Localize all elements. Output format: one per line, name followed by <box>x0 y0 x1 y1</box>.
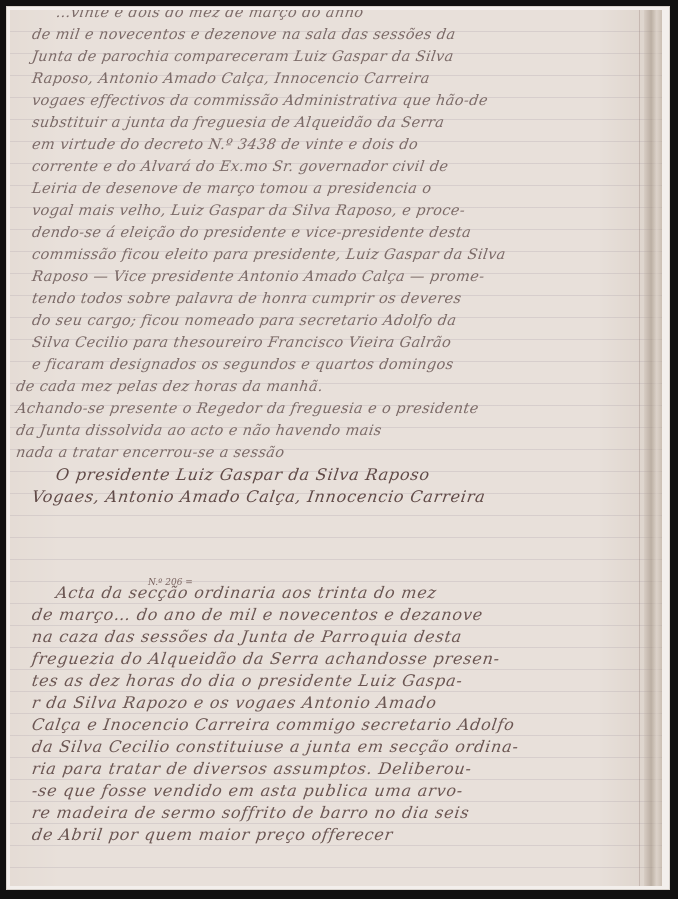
text-line: de mil e novecentos e dezenove na sala d… <box>14 24 637 46</box>
page-binding-edge <box>644 10 662 886</box>
text-line: vogaes effectivos da commissão Administr… <box>14 90 637 112</box>
manuscript-page: …vinte e dois do mez de março do anno de… <box>10 10 662 886</box>
text-line: tendo todos sobre palavra de honra cumpr… <box>14 288 637 310</box>
text-line: do seu cargo; ficou nomeado para secreta… <box>14 310 637 332</box>
text-line: tes as dez horas do dia o presidente Lui… <box>14 670 637 692</box>
text-line: dendo-se á eleição do presidente e vice-… <box>14 222 637 244</box>
text-line: Junta de parochia compareceram Luiz Gasp… <box>14 46 637 68</box>
text-line: de cada mez pelas dez horas da manhã. <box>14 376 637 398</box>
text-line: Calça e Inocencio Carreira commigo secre… <box>14 714 637 736</box>
text-line: em virtude do decreto N.º 3438 de vinte … <box>14 134 637 156</box>
scan-frame: …vinte e dois do mez de março do anno de… <box>6 6 670 890</box>
text-line: da Junta dissolvida ao acto e não havend… <box>14 420 637 442</box>
text-line: substituir a junta da freguesia de Alque… <box>14 112 637 134</box>
text-line: de Abril por quem maior preço offerecer <box>14 824 637 846</box>
text-line: -se que fosse vendido em asta publica um… <box>14 780 637 802</box>
text-line: Leiria de desenove de março tomou a pres… <box>14 178 637 200</box>
text-line: freguezia do Alqueidão da Serra achandos… <box>14 648 637 670</box>
text-line: nada a tratar encerrou-se a sessão <box>14 442 637 464</box>
text-line: vogal mais velho, Luiz Gaspar da Silva R… <box>14 200 637 222</box>
text-line: Raposo — Vice presidente Antonio Amado C… <box>14 266 637 288</box>
text-line: na caza das sessões da Junta de Parroqui… <box>14 626 637 648</box>
text-line: Achando-se presente o Regedor da fregues… <box>14 398 637 420</box>
text-line: …vinte e dois do mez de março do anno <box>14 10 637 24</box>
text-line: e ficaram designados os segundos e quart… <box>14 354 637 376</box>
signature-president: O presidente Luiz Gaspar da Silva Raposo <box>14 464 637 486</box>
text-line: da Silva Cecilio constituiuse a junta em… <box>14 736 637 758</box>
text-line: ria para tratar de diversos assumptos. D… <box>14 758 637 780</box>
text-line: de março… do ano de mil e novecentos e d… <box>14 604 637 626</box>
text-line: r da Silva Rapozo e os vogaes Antonio Am… <box>14 692 637 714</box>
text-line: re madeira de sermo soffrito de barro no… <box>14 802 637 824</box>
text-line: commissão ficou eleito para presidente, … <box>14 244 637 266</box>
signature-vogaes: Vogaes, Antonio Amado Calça, Innocencio … <box>14 486 637 508</box>
text-line: corrente e do Alvará do Ex.mo Sr. govern… <box>14 156 637 178</box>
text-line: Silva Cecilio para thesoureiro Francisco… <box>14 332 637 354</box>
entry-1-minutes: …vinte e dois do mez de março do anno de… <box>16 10 636 508</box>
text-line: Acta da secção ordinaria aos trinta do m… <box>14 582 637 604</box>
entry-2-minutes: Acta da secção ordinaria aos trinta do m… <box>16 582 636 846</box>
text-line: Raposo, Antonio Amado Calça, Innocencio … <box>14 68 637 90</box>
margin-rule <box>639 10 640 886</box>
